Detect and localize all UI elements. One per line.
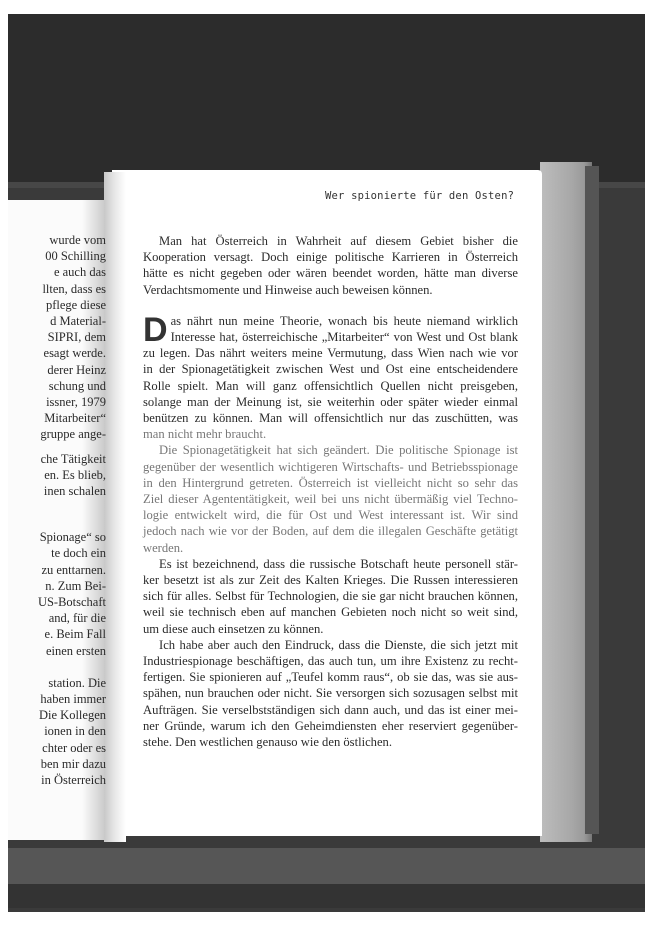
left-line: schung und	[8, 378, 110, 394]
text-line: weil sie technisch eben auf manchen Gebi…	[143, 604, 518, 620]
left-line: chter oder es	[8, 740, 110, 756]
left-line: gruppe ange-	[8, 426, 110, 442]
text-line: Rolle spielt. Man will ganz offensichtli…	[143, 378, 518, 394]
left-line: zu enttarnen.	[8, 562, 110, 578]
text-line: as nährt nun meine Theorie, wonach bis h…	[143, 313, 518, 329]
text-line: Industriespionage beschäftigen, das auch…	[143, 653, 518, 669]
text-line: in der Spionagetätigkeit zwischen West u…	[143, 361, 518, 377]
text-line: logie entwickelt wird, die für Ost und W…	[143, 507, 518, 523]
background-bottom-dark	[8, 884, 645, 908]
text-line: man nicht mehr braucht.	[143, 426, 518, 442]
left-line: e auch das	[8, 264, 110, 280]
text-line: solange man der Meinung ist, sie weiterh…	[143, 394, 518, 410]
left-line: wurde vom	[8, 232, 110, 248]
left-line: 00 Schilling	[8, 248, 110, 264]
text-line: stehe. Den westlichen genauso wie den ös…	[143, 734, 518, 750]
left-line: in Österreich	[8, 772, 110, 788]
drop-cap: D	[143, 315, 168, 345]
paragraph-4: Es ist bezeichnend, dass die russische B…	[143, 556, 518, 637]
left-line: te doch ein	[8, 545, 110, 561]
left-line: llten, dass es	[8, 281, 110, 297]
text-line: Aufträgen. Sie verselbstständigen sich d…	[143, 702, 518, 718]
text-line: werden.	[143, 540, 518, 556]
text-line: Die Spionagetätigkeit hat sich geändert.…	[143, 442, 518, 458]
left-line: che Tätigkeit	[8, 451, 110, 467]
text-line: zu legen. Das nährt weiters meine Vermut…	[143, 345, 518, 361]
text-line: spähen, nun brauchen oder nicht. Sie ver…	[143, 685, 518, 701]
left-line: issner, 1979	[8, 394, 110, 410]
left-line: haben immer	[8, 691, 110, 707]
text-line: Ziel dieser Agententätigkeit, weil bei u…	[143, 491, 518, 507]
text-line: gegenüber der wesentlich wichtigeren Wir…	[143, 459, 518, 475]
text-line: ker besetzt ist als zur Zeit des Kalten …	[143, 572, 518, 588]
left-line: pflege diese	[8, 297, 110, 313]
left-line: n. Zum Bei-	[8, 578, 110, 594]
text-line: Kooperation versagt. Doch einige politis…	[143, 249, 518, 265]
left-line: einen ersten	[8, 643, 110, 659]
left-line: d Material-	[8, 313, 110, 329]
text-line: sich für alles. Selbst für Technologien,…	[143, 588, 518, 604]
left-line: esagt werde.	[8, 345, 110, 361]
dark-background-top	[8, 14, 645, 184]
left-line: and, für die	[8, 610, 110, 626]
left-line: Die Kollegen	[8, 707, 110, 723]
text-line: fertigen. Sie spionieren auf „Teufel kom…	[143, 669, 518, 685]
text-line: hätte es nicht gegeben oder wären beende…	[143, 265, 518, 281]
text-line: um diese auch einsetzen zu können.	[143, 621, 518, 637]
paragraph-3: Die Spionagetätigkeit hat sich geändert.…	[143, 442, 518, 555]
text-line: jedoch nach wie vor der Boden, auf dem d…	[143, 523, 518, 539]
left-line: en. Es blieb,	[8, 467, 110, 483]
text-line: ner Gründe, warum ich den Geheimdiensten…	[143, 718, 518, 734]
left-line: ben mir dazu	[8, 756, 110, 772]
left-line: station. Die	[8, 675, 110, 691]
paragraph-1: Man hat Österreich in Wahrheit auf diese…	[143, 233, 518, 298]
left-line: ionen in den	[8, 723, 110, 739]
book-cover-edge	[585, 166, 599, 834]
paragraph-5: Ich habe aber auch den Eindruck, dass di…	[143, 637, 518, 750]
left-line: derer Heinz	[8, 362, 110, 378]
paragraph-2: D as nährt nun meine Theorie, wonach bis…	[143, 313, 518, 443]
text-line: in den Hintergrund getreten. Österreich …	[143, 475, 518, 491]
left-line: e. Beim Fall	[8, 626, 110, 642]
left-line: SIPRI, dem	[8, 329, 110, 345]
text-line: Es ist bezeichnend, dass die russische B…	[143, 556, 518, 572]
text-line: Interesse hat, österreichische „Mitarbei…	[143, 329, 518, 345]
text-line: Man hat Österreich in Wahrheit auf diese…	[143, 233, 518, 249]
text-line: Verdachtsmomente und Hinweise auch bewei…	[143, 282, 518, 298]
left-line: inen schalen	[8, 483, 110, 499]
text-line: Ich habe aber auch den Eindruck, dass di…	[143, 637, 518, 653]
left-line: Mitarbeiter“	[8, 410, 110, 426]
text-line: benützen zu können. Man will offensichtl…	[143, 410, 518, 426]
right-page-body: Man hat Österreich in Wahrheit auf diese…	[143, 233, 518, 750]
left-line: Spionage“ so	[8, 529, 110, 545]
running-head: Wer spionierte für den Osten?	[325, 190, 514, 202]
left-page-text: wurde vom 00 Schilling e auch das llten,…	[8, 232, 110, 788]
left-line: US-Botschaft	[8, 594, 110, 610]
